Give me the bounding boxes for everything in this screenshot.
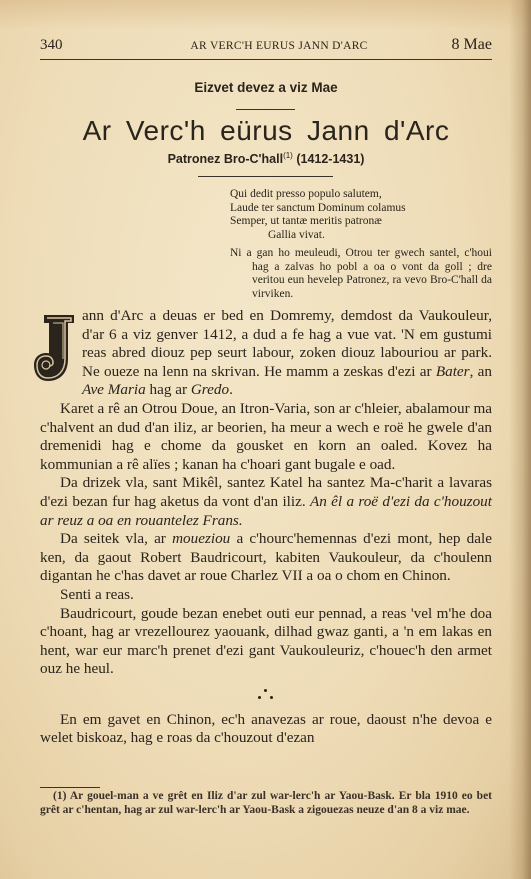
paragraph: ann d'Arc a deuas er bed en Domremy, dem… bbox=[40, 307, 492, 400]
subtitle-text: Patronez Bro-C'hall bbox=[168, 152, 284, 166]
paragraph-text: . bbox=[229, 381, 233, 398]
asterism-icon bbox=[40, 679, 492, 711]
running-title: AR VERC'H EURUS JANN D'ARC bbox=[190, 40, 367, 52]
header-rule bbox=[40, 59, 492, 60]
footnote-reference: (1) bbox=[283, 151, 293, 160]
drop-cap-j-icon bbox=[32, 311, 78, 383]
section-heading: Eizvet devez a viz Mae bbox=[40, 80, 492, 95]
subtitle-years: (1412-1431) bbox=[296, 152, 364, 166]
epigraph-line: Laude ter sanctum Dominum colamus bbox=[230, 202, 492, 216]
italic-term: Gredo bbox=[191, 381, 229, 398]
paragraph: Senti a reas. bbox=[40, 586, 492, 605]
epigraph-translation: Ni a gan ho meuleudi, Otrou ter gwech sa… bbox=[230, 247, 492, 301]
paragraph: Baudricourt, goude bezan enebet outi eur… bbox=[40, 605, 492, 679]
footnote-label: (1) bbox=[40, 790, 66, 802]
paragraph: Karet a rê an Otrou Doue, an Itron-Varia… bbox=[40, 400, 492, 474]
paragraph-text: , an bbox=[470, 363, 492, 380]
footnote: (1) Ar gouel-man a ve grêt en Iliz d'ar … bbox=[40, 790, 492, 817]
body-text: ann d'Arc a deuas er bed en Domremy, dem… bbox=[40, 307, 492, 748]
paragraph: Da drizek vla, sant Mikêl, santez Katel … bbox=[40, 474, 492, 530]
footnote-rule bbox=[40, 787, 100, 788]
paragraph-text: ann d'Arc a deuas er bed en Domremy, dem… bbox=[82, 307, 492, 380]
paragraph-text: Da seitek vla, ar bbox=[60, 530, 172, 547]
page-title: Ar Verc'h eürus Jann d'Arc bbox=[40, 115, 492, 147]
italic-term: Ave Maria bbox=[82, 381, 146, 398]
epigraph-line: Qui dedit presso populo salutem, bbox=[230, 188, 492, 202]
title-rule-top bbox=[236, 109, 295, 110]
epigraph-latin: Qui dedit presso populo salutem, Laude t… bbox=[230, 188, 492, 242]
paragraph-text: hag ar bbox=[146, 381, 191, 398]
italic-term: moueziou bbox=[172, 530, 230, 547]
epigraph-line: Gallia vivat. bbox=[230, 229, 492, 243]
page-shadow-top bbox=[0, 0, 531, 30]
running-date: 8 Mae bbox=[452, 36, 492, 54]
running-head: 340 AR VERC'H EURUS JANN D'ARC 8 Mae bbox=[40, 36, 492, 54]
epigraph-line: Semper, ut tantæ meritis patronæ bbox=[230, 215, 492, 229]
title-rule-bottom bbox=[198, 176, 333, 177]
page-number: 340 bbox=[40, 37, 63, 54]
epigraph: Qui dedit presso populo salutem, Laude t… bbox=[230, 188, 492, 301]
page-shadow-right bbox=[509, 0, 531, 879]
paragraph: En em gavet en Chinon, ec'h anavezas ar … bbox=[40, 711, 492, 748]
subtitle: Patronez Bro-C'hall(1) (1412-1431) bbox=[40, 151, 492, 166]
footnote-text: Ar gouel-man a ve grêt en Iliz d'ar zul … bbox=[40, 790, 492, 816]
italic-term: Bater bbox=[436, 363, 470, 380]
paragraph: Da seitek vla, ar moueziou a c'hourc'hem… bbox=[40, 530, 492, 586]
